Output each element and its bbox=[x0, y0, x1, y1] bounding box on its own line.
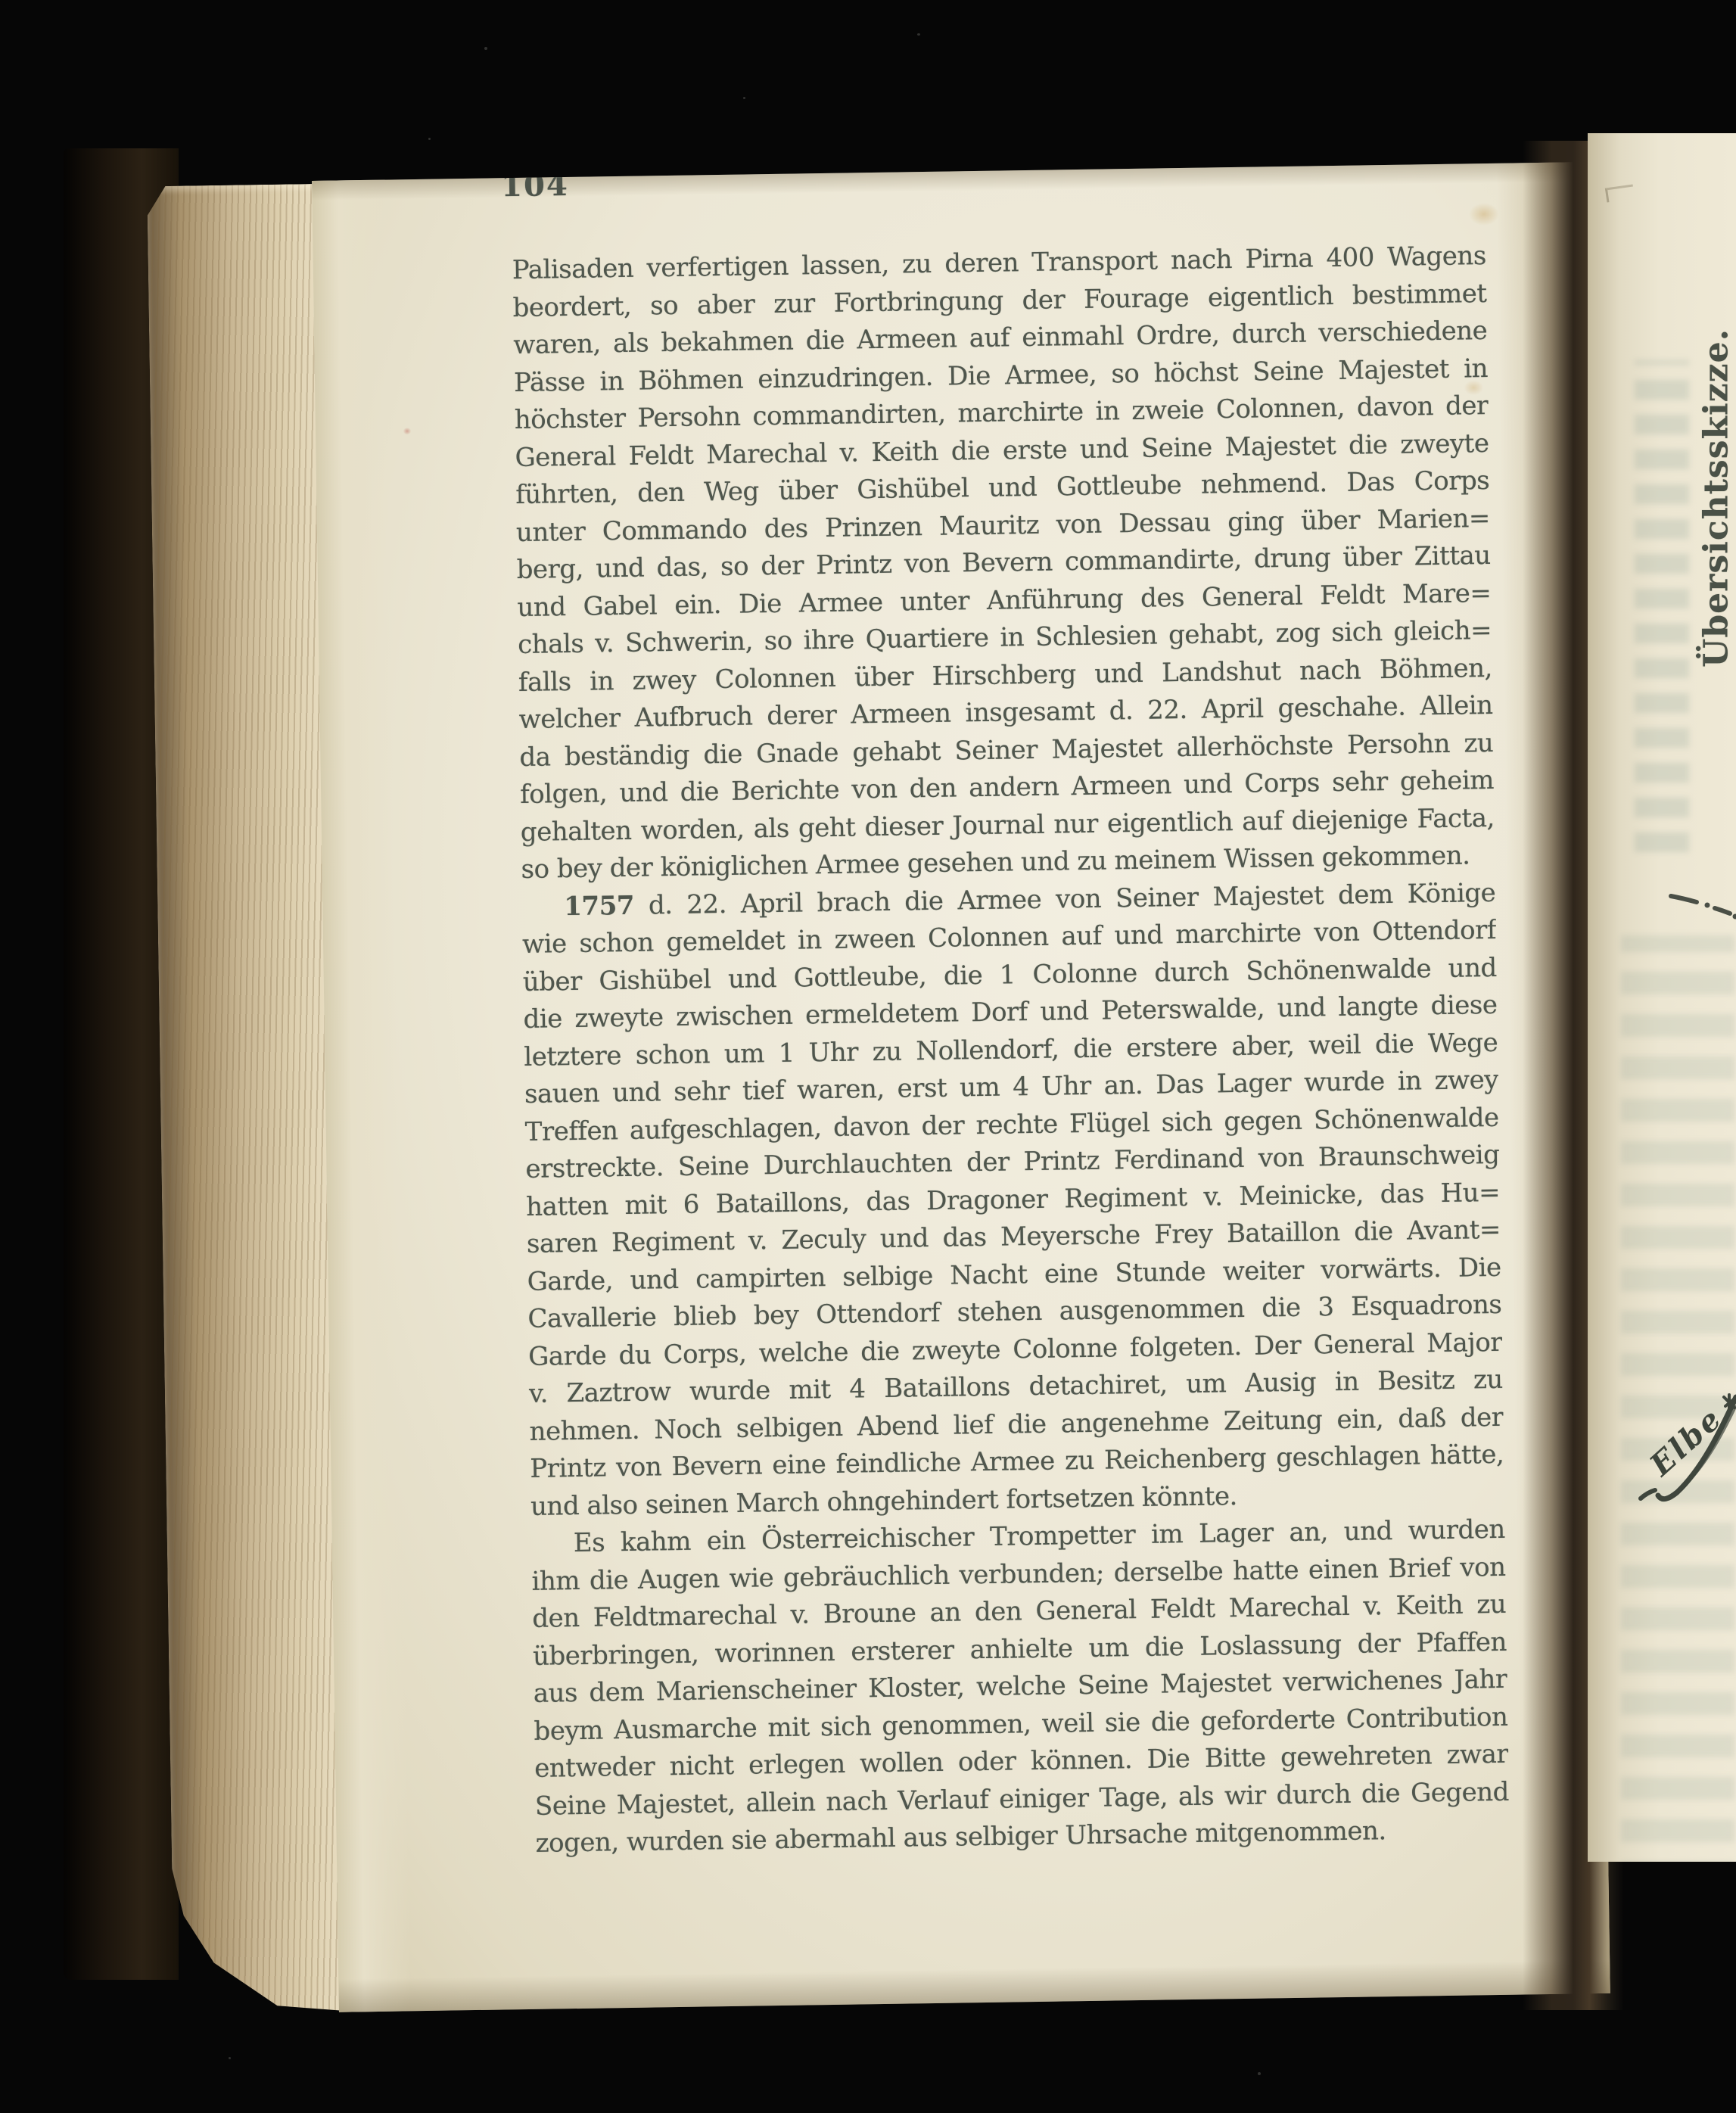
dust-speck bbox=[484, 47, 487, 50]
foxing-stain bbox=[1469, 203, 1499, 226]
dust-speck bbox=[917, 33, 920, 36]
body-text-block: Palisaden verfertigen lassen, zu deren T… bbox=[512, 238, 1510, 1862]
book-scan-photo: { "page": { "number": "104", "lines": [ … bbox=[0, 0, 1736, 2113]
bleed-through-text bbox=[1635, 360, 1689, 852]
foldout-title-rotated: Übersichtsskizze. bbox=[1697, 328, 1736, 668]
bleed-through-text bbox=[1621, 935, 1734, 1862]
dust-speck bbox=[743, 97, 745, 99]
dust-speck bbox=[1258, 2072, 1261, 2075]
foldout-map-strip: Übersichtsskizze. bbox=[1588, 133, 1736, 1862]
left-page-assembly: 104 Palisaden verfertigen lassen, zu der… bbox=[147, 162, 1612, 2018]
page-number: 104 bbox=[501, 167, 569, 204]
bold-year-1757: 1757 bbox=[564, 890, 634, 921]
dust-speck bbox=[428, 138, 431, 140]
dust-speck bbox=[229, 2057, 231, 2059]
foxing-stain bbox=[403, 428, 411, 434]
book-page: 104 Palisaden verfertigen lassen, zu der… bbox=[312, 162, 1610, 2012]
fold-crease-mark bbox=[1605, 185, 1635, 203]
